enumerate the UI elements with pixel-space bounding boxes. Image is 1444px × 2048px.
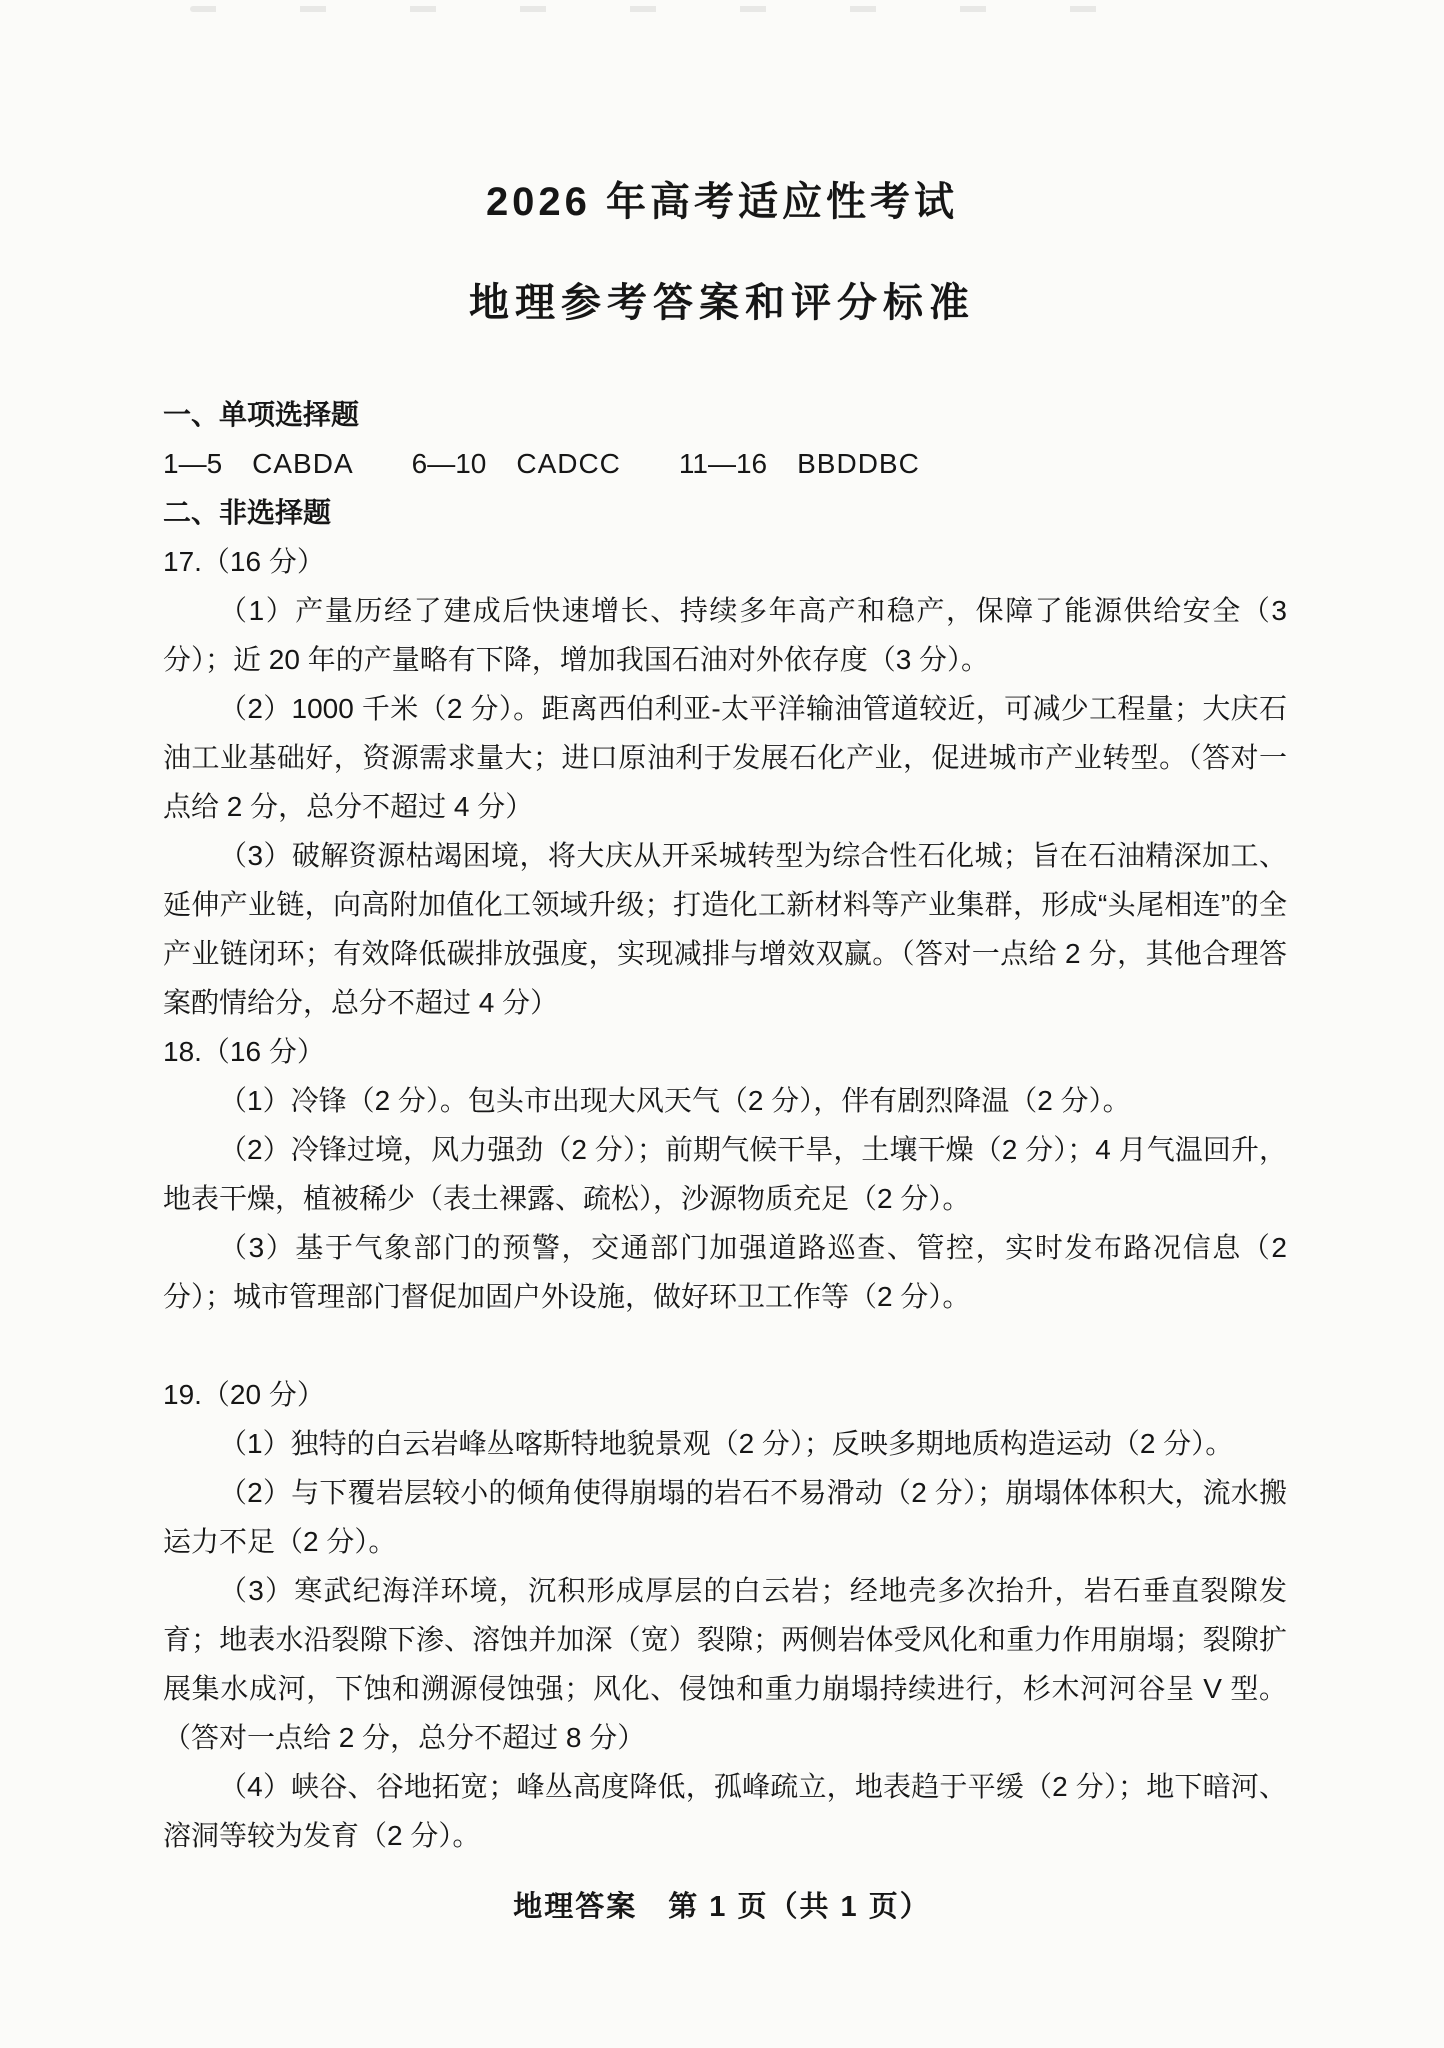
question-18-label: 18.（16 分）: [163, 1027, 1287, 1076]
mcq-range: 11—16: [679, 439, 767, 488]
question-17-part-3: （3）破解资源枯竭困境，将大庆从开采城转型为综合性石化城；旨在石油精深加工、延伸…: [163, 831, 1287, 1027]
question-18-part-1: （1）冷锋（2 分）。包头市出现大风天气（2 分），伴有剧烈降温（2 分）。: [163, 1076, 1287, 1125]
question-19-part-1: （1）独特的白云岩峰丛喀斯特地貌景观（2 分）；反映多期地质构造运动（2 分）。: [163, 1419, 1287, 1468]
mcq-letters: BBDDBC: [797, 439, 920, 488]
question-17-part-2: （2）1000 千米（2 分）。距离西伯利亚-太平洋输油管道较近，可减少工程量；…: [163, 684, 1287, 831]
mcq-group-11-16: 11—16BBDDBC: [679, 439, 920, 488]
mcq-group-6-10: 6—10CADCC: [412, 439, 621, 488]
question-17-part-1: （1）产量历经了建成后快速增长、持续多年高产和稳产，保障了能源供给安全（3 分）…: [163, 586, 1287, 684]
page-subtitle: 地理参考答案和评分标准: [0, 271, 1444, 328]
section-heading-single-choice: 一、单项选择题: [163, 390, 1287, 439]
question-19-part-4: （4）峡谷、谷地拓宽；峰丛高度降低，孤峰疏立，地表趋于平缓（2 分）；地下暗河、…: [163, 1762, 1287, 1860]
question-18-part-3: （3）基于气象部门的预警，交通部门加强道路巡查、管控，实时发布路况信息（2 分）…: [163, 1223, 1287, 1321]
question-18-part-2: （2）冷锋过境，风力强劲（2 分）；前期气候干旱，土壤干燥（2 分）；4 月气温…: [163, 1125, 1287, 1223]
question-19-part-2: （2）与下覆岩层较小的倾角使得崩塌的岩石不易滑动（2 分）；崩塌体体积大，流水搬…: [163, 1468, 1287, 1566]
mcq-range: 6—10: [412, 439, 487, 488]
answer-key-body: 一、单项选择题 1—5CABDA 6—10CADCC 11—16BBDDBC 二…: [163, 390, 1287, 1860]
scan-artifact: [190, 6, 1100, 12]
footer-page-label: 地理答案 第 1 页（共 1 页）: [0, 1884, 1444, 1925]
mcq-answer-row: 1—5CABDA 6—10CADCC 11—16BBDDBC: [163, 439, 1287, 488]
mcq-range: 1—5: [163, 439, 222, 488]
title-block: 2026 年高考适应性考试 地理参考答案和评分标准: [0, 0, 1444, 328]
mcq-letters: CADCC: [516, 439, 621, 488]
mcq-letters: CABDA: [252, 439, 353, 488]
mcq-group-1-5: 1—5CABDA: [163, 439, 354, 488]
section-heading-free-response: 二、非选择题: [163, 488, 1287, 537]
question-17-label: 17.（16 分）: [163, 537, 1287, 586]
page-title: 2026 年高考适应性考试: [0, 0, 1444, 227]
question-19-part-3: （3）寒武纪海洋环境，沉积形成厚层的白云岩；经地壳多次抬升，岩石垂直裂隙发育；地…: [163, 1566, 1287, 1762]
question-19-label: 19.（20 分）: [163, 1370, 1287, 1419]
